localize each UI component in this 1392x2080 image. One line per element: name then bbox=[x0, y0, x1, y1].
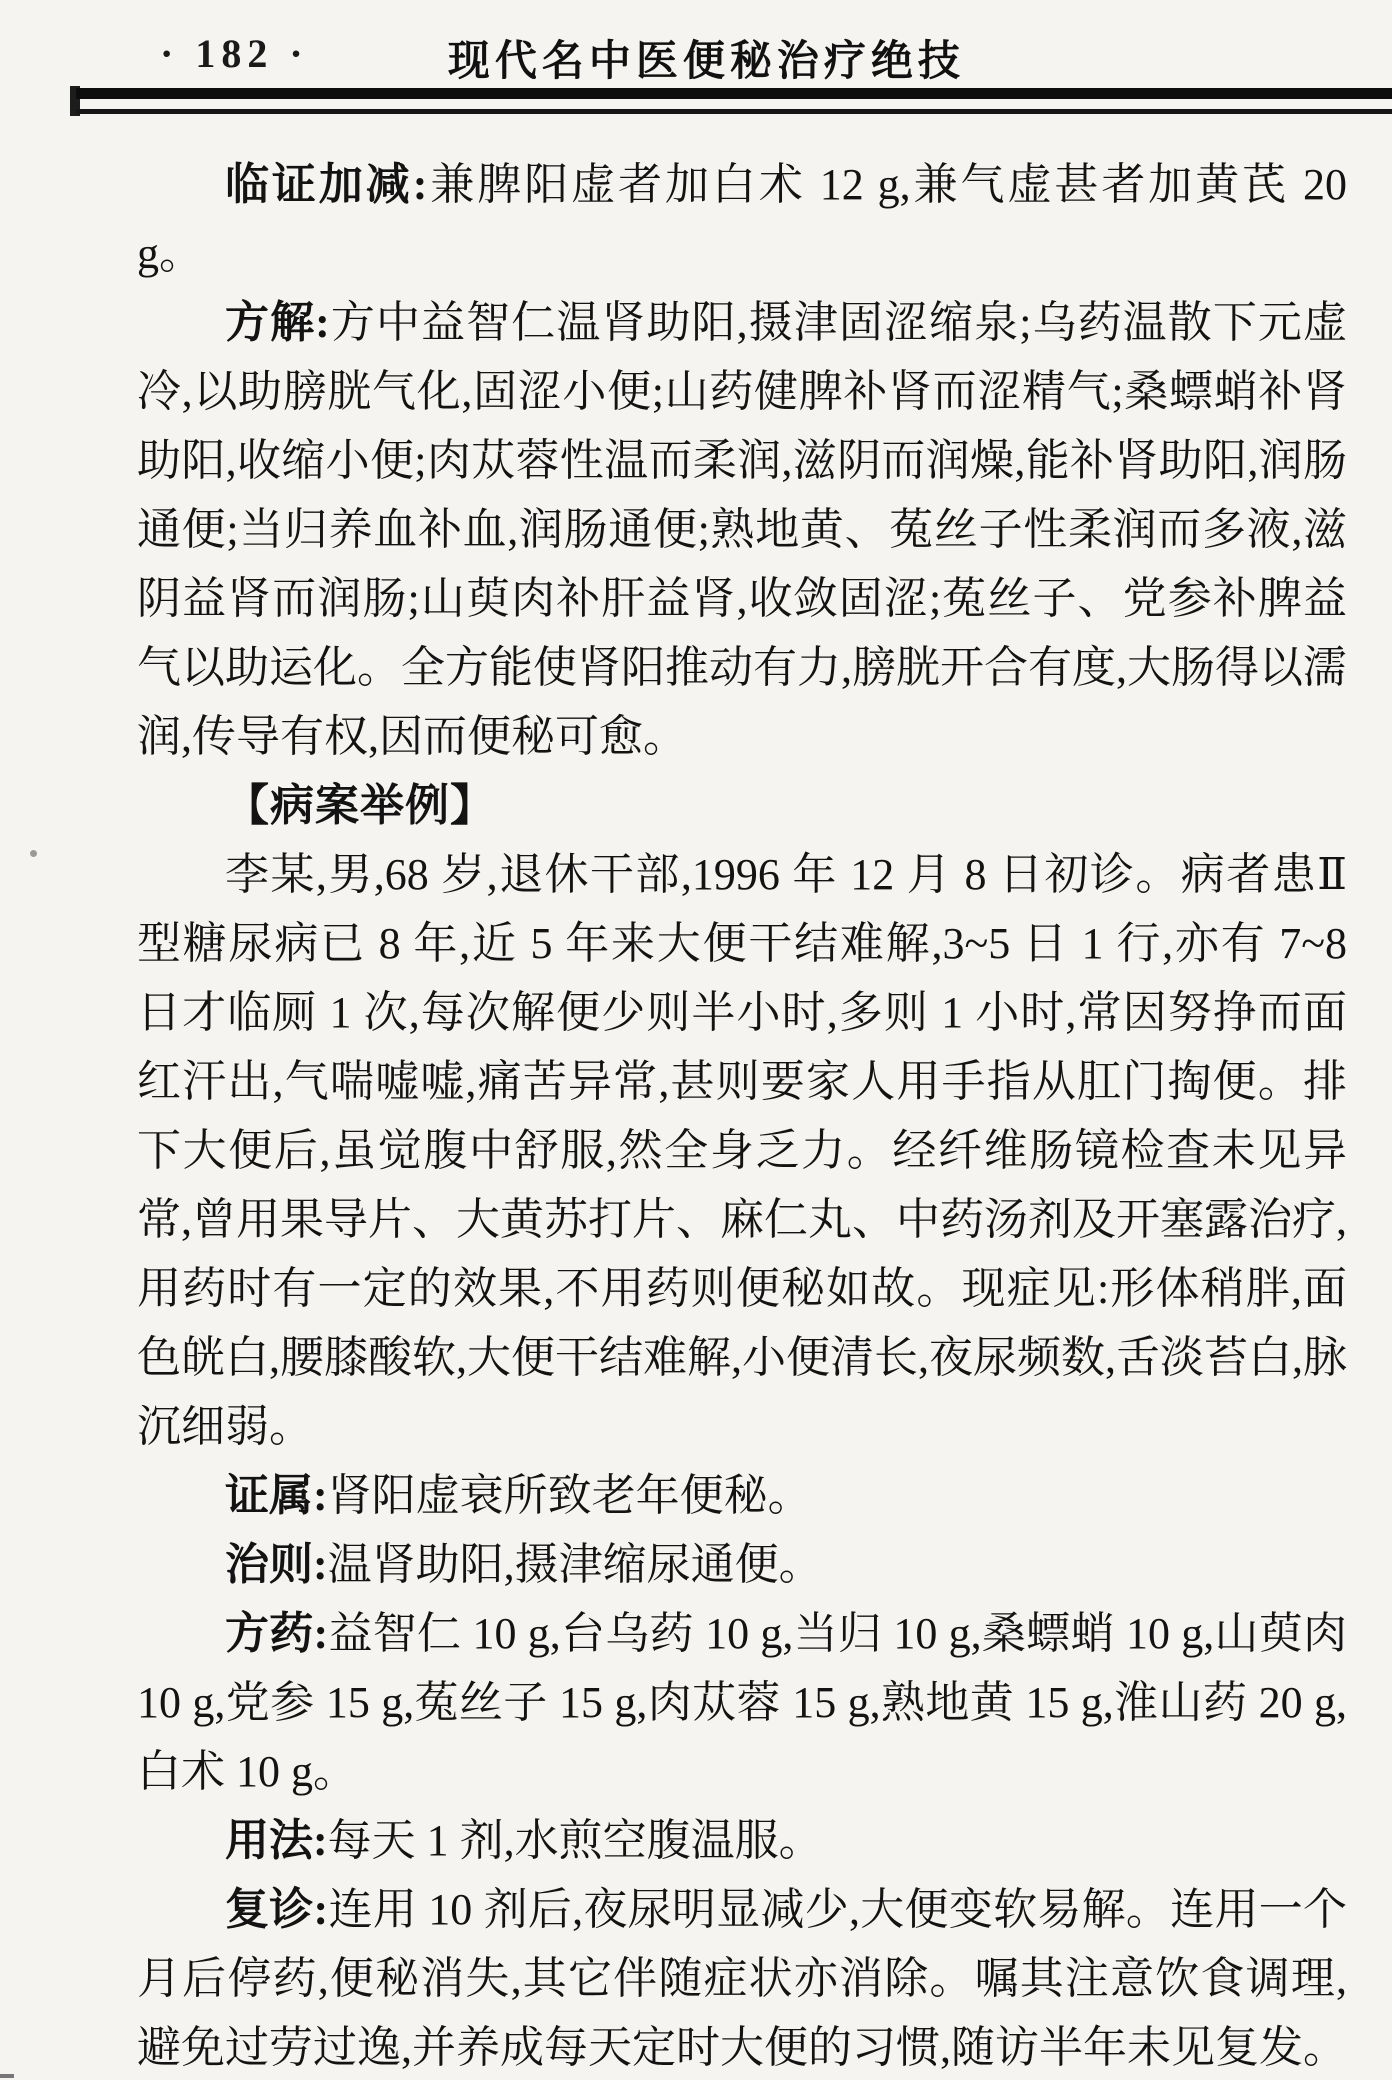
scan-edge-smudge bbox=[0, 2074, 14, 2078]
paragraph-label: 证属: bbox=[225, 1471, 328, 1520]
paragraph-text: 温肾助阳,摄津缩尿通便。 bbox=[328, 1540, 823, 1589]
paragraph: 方药:益智仁 10 g,台乌药 10 g,当归 10 g,桑螵蛸 10 g,山萸… bbox=[137, 1599, 1347, 1806]
paragraph-label: 方解: bbox=[225, 298, 330, 347]
paragraph: 用法:每天 1 剂,水煎空腹温服。 bbox=[137, 1806, 1347, 1875]
paragraph: 临证加减:兼脾阳虚者加白术 12 g,兼气虚甚者加黄芪 20 g。 bbox=[137, 150, 1347, 288]
paragraph-label: 【病案举例】 bbox=[225, 781, 495, 830]
paragraph-text: 李某,男,68 岁,退休干部,1996 年 12 月 8 日初诊。病者患Ⅱ型糖尿… bbox=[137, 850, 1347, 1451]
paragraph-label: 复诊: bbox=[225, 1885, 328, 1934]
paragraph-label: 方药: bbox=[225, 1609, 328, 1658]
paragraph-label: 用法: bbox=[225, 1816, 328, 1865]
paragraph: 复诊:连用 10 剂后,夜尿明显减少,大便变软易解。连用一个月后停药,便秘消失,… bbox=[137, 1875, 1347, 2080]
paragraph-label: 临证加减: bbox=[225, 160, 427, 209]
paragraph: 方解:方中益智仁温肾助阳,摄津固涩缩泉;乌药温散下元虚冷,以助膀胱气化,固涩小便… bbox=[137, 288, 1347, 771]
paragraph-text: 方中益智仁温肾助阳,摄津固涩缩泉;乌药温散下元虚冷,以助膀胱气化,固涩小便;山药… bbox=[137, 298, 1347, 761]
book-page-scan: · 182 · 现代名中医便秘治疗绝技 临证加减:兼脾阳虚者加白术 12 g,兼… bbox=[0, 0, 1392, 2080]
scan-speck bbox=[29, 849, 38, 858]
paragraph: 证属:肾阳虚衰所致老年便秘。 bbox=[137, 1461, 1347, 1530]
paragraph-text: 每天 1 剂,水煎空腹温服。 bbox=[328, 1816, 823, 1865]
paragraph-text: 肾阳虚衰所致老年便秘。 bbox=[328, 1471, 812, 1520]
header-rule-thin bbox=[76, 109, 1392, 114]
case-heading: 【病案举例】 bbox=[137, 771, 1347, 840]
book-title: 现代名中医便秘治疗绝技 bbox=[448, 28, 965, 88]
paragraph: 治则:温肾助阳,摄津缩尿通便。 bbox=[137, 1530, 1347, 1599]
paragraph-label: 治则: bbox=[225, 1540, 328, 1589]
page-number: · 182 · bbox=[160, 30, 309, 77]
body-text: 临证加减:兼脾阳虚者加白术 12 g,兼气虚甚者加黄芪 20 g。方解:方中益智… bbox=[137, 150, 1347, 2080]
header-rule-thick bbox=[76, 88, 1392, 99]
paragraph: 李某,男,68 岁,退休干部,1996 年 12 月 8 日初诊。病者患Ⅱ型糖尿… bbox=[137, 840, 1347, 1461]
page-header: · 182 · 现代名中医便秘治疗绝技 bbox=[0, 26, 1392, 86]
